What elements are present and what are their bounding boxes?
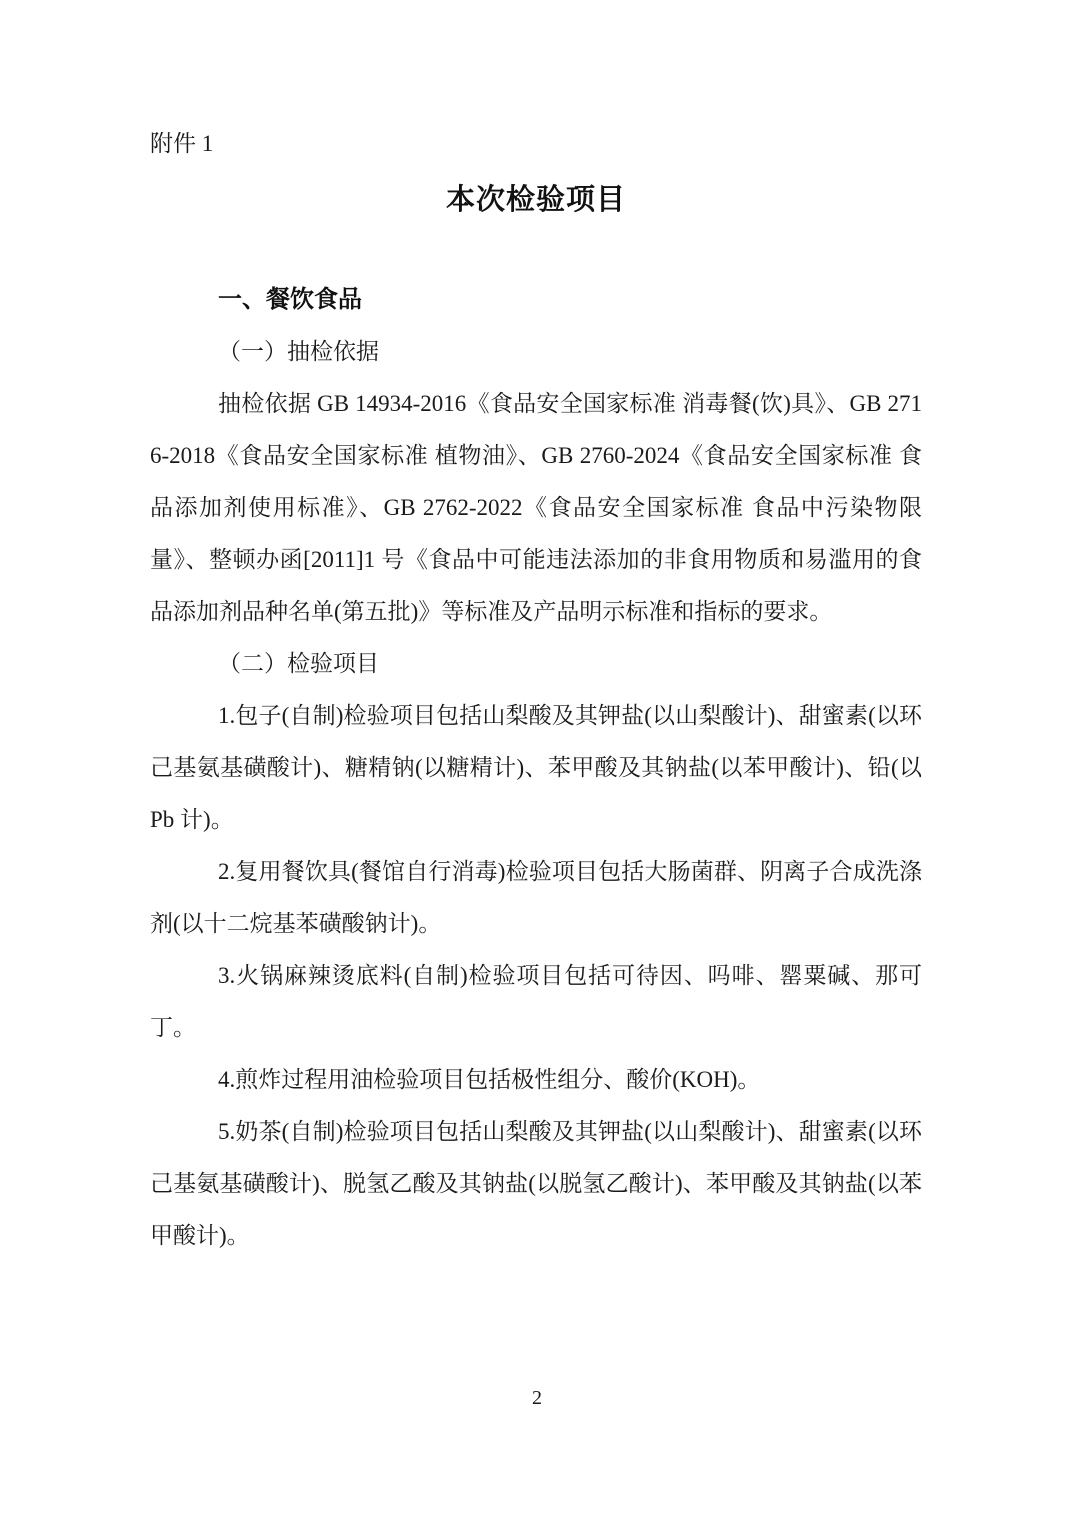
document-body: 一、餐饮食品 （一）抽检依据 抽检依据 GB 14934-2016《食品安全国家… — [150, 274, 922, 1262]
paragraph-item-2-reused-tableware: 2.复用餐饮具(餐馆自行消毒)检验项目包括大肠菌群、阴离子合成洗涤剂(以十二烷基… — [150, 846, 922, 950]
document-page: 附件 1 本次检验项目 一、餐饮食品 （一）抽检依据 抽检依据 GB 14934… — [0, 0, 1074, 1520]
section-heading-catering-food: 一、餐饮食品 — [150, 274, 922, 326]
paragraph-item-1-baozi: 1.包子(自制)检验项目包括山梨酸及其钾盐(以山梨酸计)、甜蜜素(以环己基氨基磺… — [150, 690, 922, 846]
attachment-label: 附件 1 — [150, 128, 922, 160]
document-content: 附件 1 本次检验项目 一、餐饮食品 （一）抽检依据 抽检依据 GB 14934… — [150, 128, 922, 1262]
paragraph-item-4-frying-oil: 4.煎炸过程用油检验项目包括极性组分、酸价(KOH)。 — [150, 1054, 922, 1106]
subsection-heading-inspection-items: （二）检验项目 — [150, 638, 922, 690]
subsection-heading-sampling-basis: （一）抽检依据 — [150, 326, 922, 378]
page-number: 2 — [0, 1384, 1074, 1412]
document-title: 本次检验项目 — [150, 182, 922, 218]
paragraph-item-5-milk-tea: 5.奶茶(自制)检验项目包括山梨酸及其钾盐(以山梨酸计)、甜蜜素(以环己基氨基磺… — [150, 1106, 922, 1262]
paragraph-item-3-hotpot-base: 3.火锅麻辣烫底料(自制)检验项目包括可待因、吗啡、罂粟碱、那可丁。 — [150, 950, 922, 1054]
paragraph-sampling-basis: 抽检依据 GB 14934-2016《食品安全国家标准 消毒餐(饮)具》、GB … — [150, 378, 922, 638]
